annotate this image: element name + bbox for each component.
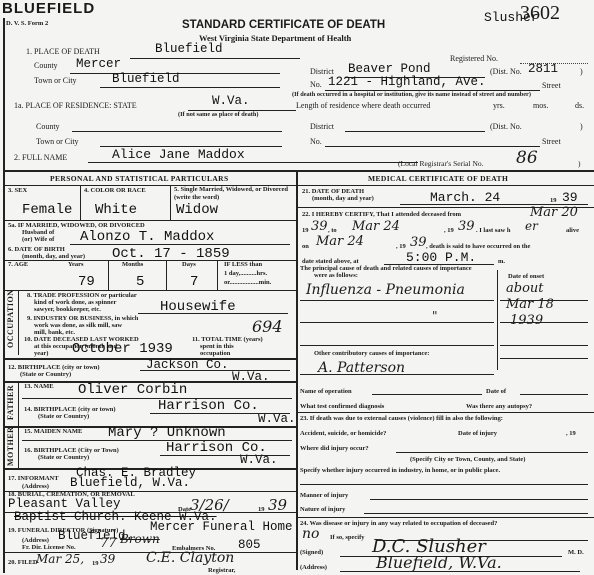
onset-label: Date of onset <box>508 273 544 280</box>
document-title: STANDARD CERTIFICATE OF DEATH <box>182 19 385 31</box>
registered-no-label: Registered No. <box>450 54 498 63</box>
full-name-label: 2. FULL NAME <box>14 153 67 162</box>
embalmer-signature: Brown <box>120 532 160 546</box>
cause-primary: Influenza - Pneumonia <box>306 282 465 298</box>
spouse-value: Alonzo T. Maddox <box>80 229 214 245</box>
street-value: 1221 - Highland, Ave. <box>328 75 486 89</box>
test-label: What test confirmed diagnosis <box>300 403 384 410</box>
office-stamp: BLUEFIELD <box>2 0 95 17</box>
age-years: 79 <box>78 274 95 290</box>
nature-label: Nature of injury <box>300 506 345 513</box>
industry-label: 9. INDUSTRY OR BUSINESS, in which <box>27 315 138 322</box>
mother-birthplace-label: 16. BIRTHPLACE (City or Town) <box>24 447 119 454</box>
age-days: 7 <box>190 274 198 290</box>
cause-secondary: " <box>432 309 438 323</box>
occupation-related-value: no <box>302 526 319 542</box>
attended-from: Mar 20 <box>530 205 578 220</box>
injury-date-label: Date of injury <box>458 430 497 437</box>
physician-address-label: (Address) <box>300 564 327 571</box>
medical-heading: MEDICAL CERTIFICATE OF DEATH <box>368 174 508 183</box>
occupation-related-label: 24. Was disease or injury in any way rel… <box>300 520 497 527</box>
father-birthplace-state: W.Va. <box>258 412 296 426</box>
physician-address: Bluefield, W.Va. <box>376 553 502 572</box>
father-birthplace-label: 14. BIRTHPLACE (city or town) <box>24 406 116 413</box>
county-value: Mercer <box>76 57 121 71</box>
trade-label: 8. TRADE PROFESSION or particular <box>27 292 137 299</box>
onset-3: 1939 <box>510 313 543 328</box>
residence-state: W.Va. <box>212 94 250 108</box>
father-side-label: FATHER <box>6 385 15 420</box>
autopsy-label: Was there any autopsy? <box>466 403 532 410</box>
time-of-death: 5:00 P.M. <box>406 250 476 265</box>
sex-value: Female <box>22 202 72 218</box>
total-time-label: 11. TOTAL TIME (years) <box>192 336 263 343</box>
form-id: D. V. S. Form 2 <box>6 20 48 27</box>
county-label: County <box>34 61 58 70</box>
district-value: Beaver Pond <box>348 62 431 76</box>
other-causes-label: Other contributory causes of importance: <box>314 350 429 357</box>
residence-county-label: County <box>36 122 60 131</box>
length-residence-label: Length of residence where death occurred <box>296 101 430 110</box>
town-value: Bluefield <box>112 72 180 86</box>
registrar-signature: C.E. Clayton <box>146 550 234 566</box>
place-of-death-value: Bluefield <box>155 42 223 56</box>
hospital-note: (If death occurred in a hospital or inst… <box>292 91 531 98</box>
last-saw-gender: er <box>525 219 538 233</box>
residence-no-label: No. <box>310 137 322 146</box>
funeral-license-no: 77 <box>100 536 117 551</box>
date-of-death-year: 39 <box>562 190 578 205</box>
attended-to: Mar 24 <box>352 219 400 234</box>
file-number: 3602 <box>520 2 560 25</box>
funeral-director-value: Mercer Funeral Home <box>150 520 293 534</box>
birthplace-label: 12. BIRTHPLACE (city or town) <box>8 364 100 371</box>
spouse-label: 5a. IF MARRIED, WIDOWED, OR DIVORCED <box>8 222 145 229</box>
marital-label: 5. Single Married, Widowed, or Divorced … <box>174 186 294 201</box>
personal-heading: PERSONAL AND STATISTICAL PARTICULARS <box>50 174 229 183</box>
full-name-value: Alice Jane Maddox <box>112 147 245 162</box>
filed-date: Mar 25, <box>36 552 84 566</box>
where-injury-label: Where did injury occur? <box>300 445 369 452</box>
accident-label: Accident, suicide, or homicide? <box>300 430 386 437</box>
last-saw-year: 39 <box>410 235 427 250</box>
specify-injury-label: Specify whether injury occurred in indus… <box>300 467 500 474</box>
sex-label: 3. SEX <box>8 187 27 194</box>
age-label: 7. AGE <box>8 261 28 268</box>
residence-note: (If not same as place of death) <box>178 111 258 118</box>
mother-name: Mary ? Unknown <box>108 425 226 441</box>
dist-no-label: (Dist. No. <box>490 67 522 76</box>
serial-no-value: 86 <box>516 148 538 168</box>
page-border-left <box>3 18 5 573</box>
certify-label: 22. I HEREBY CERTIFY, That I attended de… <box>302 211 461 218</box>
last-saw-date: Mar 24 <box>316 234 364 249</box>
informant-address: Bluefield, W.Va. <box>70 476 190 490</box>
residence-label: 1a. PLACE OF RESIDENCE: STATE <box>14 101 137 110</box>
industry-note: 694 <box>252 317 283 336</box>
filed-year: 39 <box>100 552 115 566</box>
section-divider <box>296 170 298 570</box>
street-no-label: No. <box>310 80 322 89</box>
race-value: White <box>95 202 137 218</box>
onset-1: about <box>506 281 544 296</box>
serial-no-label: (Local Registrar's Serial No. <box>398 159 484 168</box>
place-of-death-label: 1. PLACE OF DEATH <box>26 47 100 56</box>
occupation-side-label: OCCUPATION <box>6 290 15 348</box>
father-name: Oliver Corbin <box>78 382 187 398</box>
informant-label: 17. INFORMANT <box>8 475 59 482</box>
town-label: Town or City <box>34 76 77 85</box>
residence-district-label: District <box>310 122 334 131</box>
age-months: 5 <box>136 274 144 290</box>
filed-label: 20. FILED <box>8 559 38 566</box>
father-birthplace-city: Harrison Co. <box>158 398 259 414</box>
signed-label: (Signed) <box>300 549 323 556</box>
mother-side-label: MOTHER <box>6 427 15 466</box>
marital-value: Widow <box>176 202 218 218</box>
manner-label: Manner of injury <box>300 492 348 499</box>
date-of-death-label: 21. DATE OF DEATH <box>302 188 364 195</box>
external-causes-label: 23. If death was due to external causes … <box>300 415 503 422</box>
last-worked-value: October 1939 <box>72 341 173 357</box>
race-label: 4. COLOR OR RACE <box>84 187 146 194</box>
attended-to-year: 39 <box>458 219 475 234</box>
mother-name-label: 15. MAIDEN NAME <box>24 428 82 435</box>
cause-label: The principal cause of death and related… <box>300 265 472 272</box>
date-of-death-value: March. 24 <box>430 190 500 205</box>
street-label: Street <box>542 81 561 90</box>
embalmers-no: 805 <box>238 538 261 552</box>
father-name-label: 13. NAME <box>24 383 54 390</box>
dob-label: 6. DATE OF BIRTH <box>8 246 65 253</box>
attended-from-year: 39 <box>311 219 328 234</box>
dist-no-value: 2811 <box>528 62 558 76</box>
operation-label: Name of operation <box>300 388 352 395</box>
residence-town-label: Town or City <box>36 137 79 146</box>
burial-place-1: Pleasant Valley <box>8 497 121 511</box>
